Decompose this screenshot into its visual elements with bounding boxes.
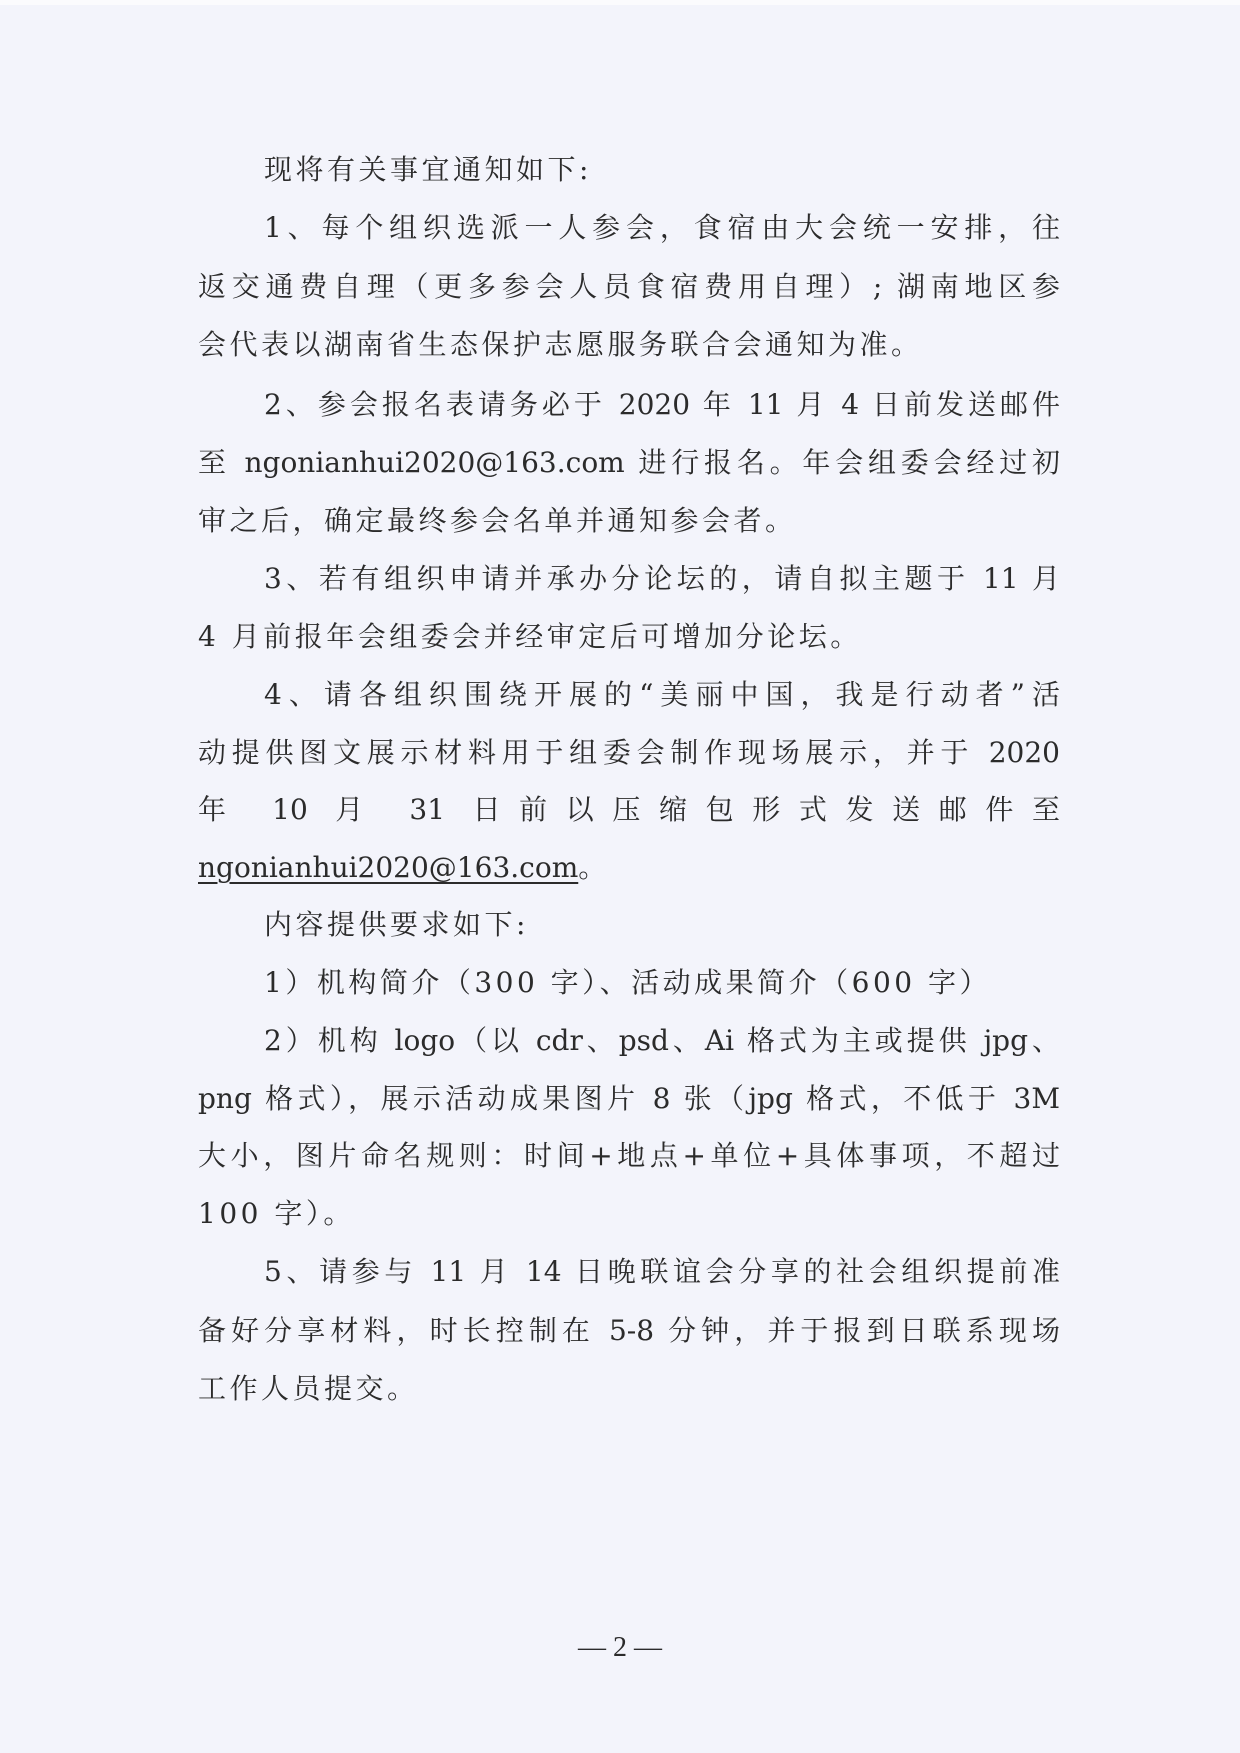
requirements-heading: 内容提供要求如下:	[264, 905, 1060, 945]
item-5-line-3: 工作人员提交。	[198, 1369, 1060, 1409]
item-4-line-4: ngonianhui2020@163.com。	[198, 848, 1060, 888]
item-1-line-3: 会代表以湖南省生态保护志愿服务联合会通知为准。	[198, 325, 1060, 365]
email-suffix: 。	[578, 851, 610, 884]
item-1-line-2: 返交通费自理（更多参会人员食宿费用自理）; 湖南地区参	[198, 267, 1060, 307]
item-5-line-1: 5、请参与 11 月 14 日晚联谊会分享的社会组织提前准	[264, 1252, 1060, 1292]
item-5-line-2: 备好分享材料，时长控制在 5-8 分钟，并于报到日联系现场	[198, 1311, 1060, 1351]
page-number: — 2 —	[0, 1628, 1240, 1668]
item-1-line-1: 1、每个组织选派一人参会，食宿由大会统一安排，往	[264, 208, 1060, 248]
requirement-2-line-3: 大小，图片命名规则：时间+地点+单位+具体事项，不超过	[198, 1136, 1060, 1176]
item-3-line-2: 4 月前报年会组委会并经审定后可增加分论坛。	[198, 617, 1060, 657]
requirement-2-line-4: 100 字）。	[198, 1194, 1060, 1234]
page-top-edge	[0, 0, 1240, 5]
requirement-2-line-2: png 格式），展示活动成果图片 8 张（jpg 格式，不低于 3M	[198, 1079, 1060, 1119]
email-link[interactable]: ngonianhui2020@163.com	[198, 851, 578, 884]
item-3-line-1: 3、若有组织申请并承办分论坛的，请自拟主题于 11 月	[264, 559, 1060, 599]
item-4-line-2: 动提供图文展示材料用于组委会制作现场展示，并于 2020	[198, 733, 1060, 773]
item-2-line-1: 2、参会报名表请务必于 2020 年 11 月 4 日前发送邮件	[264, 385, 1060, 425]
item-4-line-1: 4、请各组织围绕开展的“美丽中国，我是行动者”活	[264, 675, 1060, 715]
item-2-line-2: 至 ngonianhui2020@163.com 进行报名。年会组委会经过初	[198, 443, 1060, 483]
intro-paragraph: 现将有关事宜通知如下:	[264, 150, 1060, 190]
requirement-1: 1）机构简介（300 字）、活动成果简介（600 字）	[264, 963, 1060, 1003]
requirement-2-line-1: 2）机构 logo（以 cdr、psd、Ai 格式为主或提供 jpg、	[264, 1021, 1060, 1061]
item-2-line-3: 审之后，确定最终参会名单并通知参会者。	[198, 501, 1060, 541]
item-4-line-3: 年 10 月 31 日前以压缩包形式发送邮件至	[198, 790, 1060, 830]
